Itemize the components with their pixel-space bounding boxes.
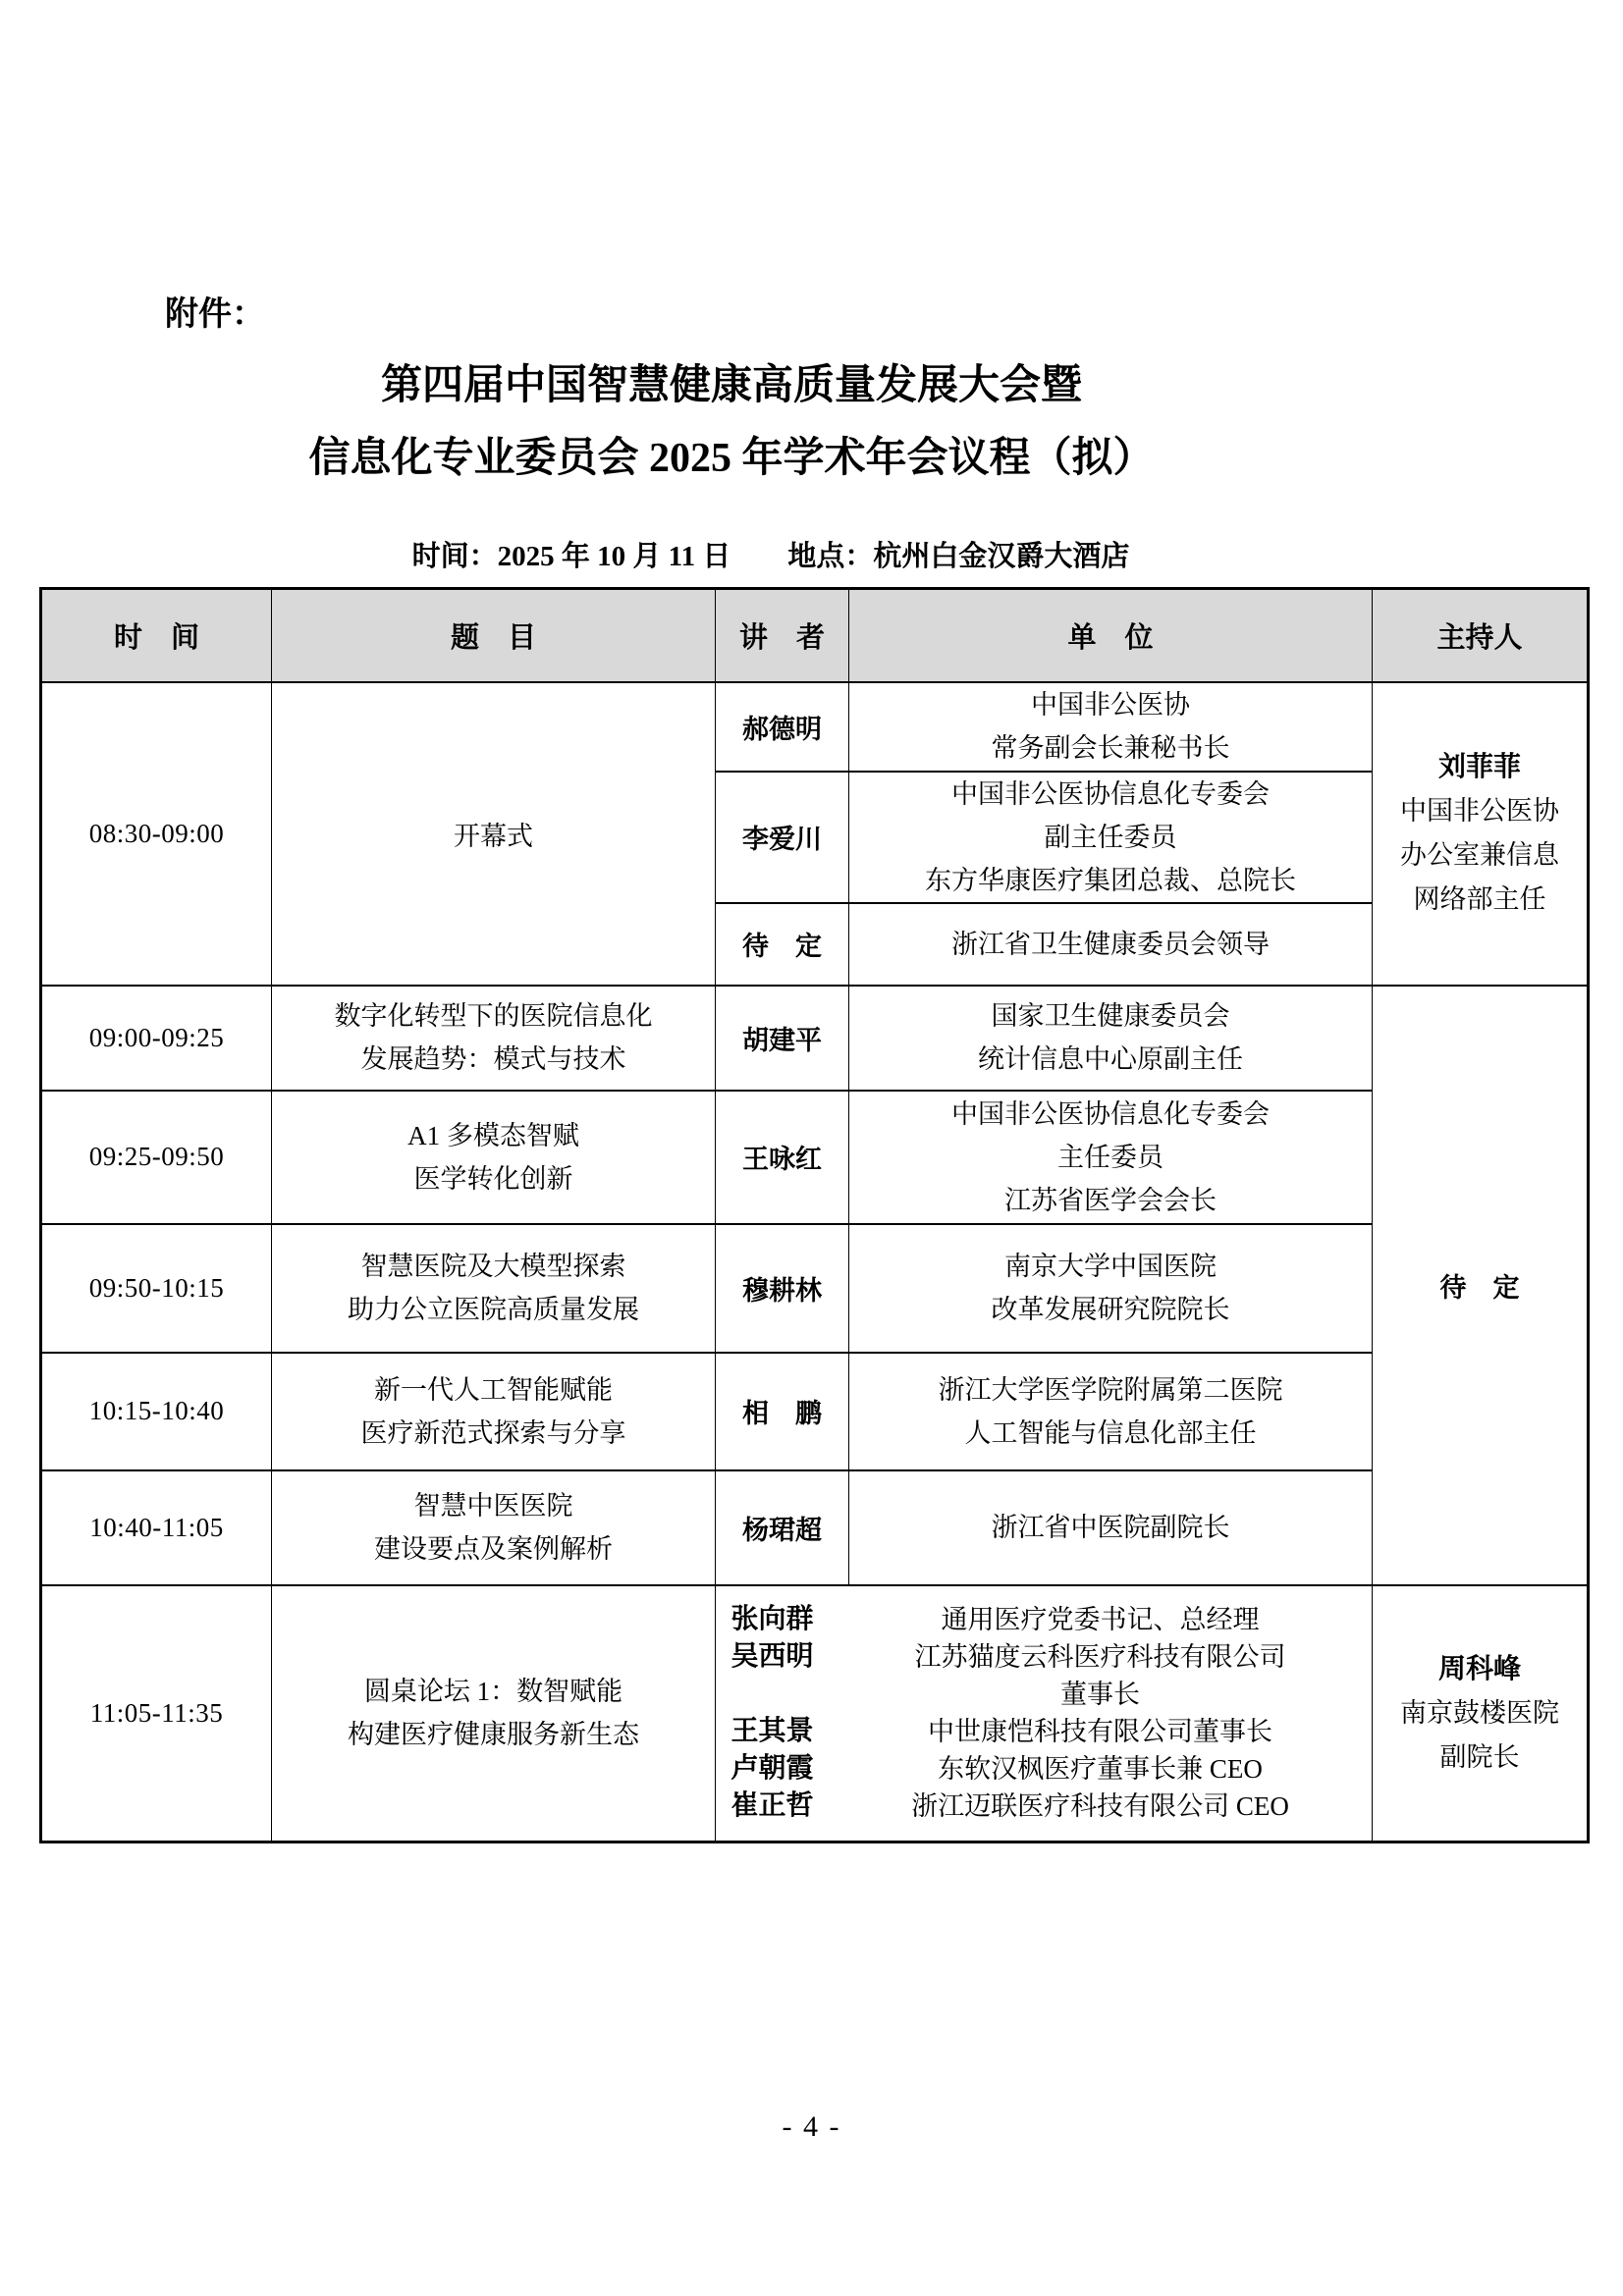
host-cell: 待 定: [1373, 986, 1589, 1585]
agenda-row-roundtable: 11:05-11:35 圆桌论坛 1：数智赋能 构建医疗健康服务新生态 张向群 …: [41, 1585, 1589, 1842]
speaker-cell: 王咏红: [716, 1091, 849, 1224]
topic-line: 新一代人工智能赋能: [272, 1368, 715, 1412]
org-line: 东方华康医疗集团总裁、总院长: [849, 859, 1372, 902]
org-line: 江苏省医学会会长: [849, 1179, 1372, 1222]
host-line: 办公室兼信息: [1373, 833, 1587, 878]
panelist-row: 王其景 中世康恺科技有限公司董事长: [716, 1713, 1372, 1750]
org-line: 董事长: [829, 1676, 1372, 1713]
org-line: 浙江省卫生健康委员会领导: [849, 923, 1372, 966]
page-number: - 4 -: [0, 2110, 1623, 2144]
agenda-row-opening-1: 08:30-09:00 开幕式 郝德明 中国非公医协 常务副会长兼秘书长 刘菲菲…: [41, 682, 1589, 772]
time-cell: 08:30-09:00: [41, 682, 272, 986]
document-title-line1: 第四届中国智慧健康高质量发展大会暨: [39, 349, 1424, 422]
org-line: 浙江迈联医疗科技有限公司 CEO: [829, 1788, 1372, 1825]
panelist-row: 吴西明 江苏猫度云科医疗科技有限公司 董事长: [716, 1638, 1372, 1713]
panelist-org: 东软汉枫医疗董事长兼 CEO: [829, 1750, 1372, 1788]
speaker-cell: 郝德明: [716, 682, 849, 772]
time-cell: 11:05-11:35: [41, 1585, 272, 1842]
topic-cell: 智慧医院及大模型探索 助力公立医院高质量发展: [272, 1224, 716, 1353]
time-cell: 09:25-09:50: [41, 1091, 272, 1224]
topic-line: 助力公立医院高质量发展: [272, 1288, 715, 1331]
org-cell: 南京大学中国医院 改革发展研究院院长: [849, 1224, 1373, 1353]
header-host: 主持人: [1373, 589, 1589, 682]
org-cell: 浙江省中医院副院长: [849, 1470, 1373, 1585]
speaker-cell: 杨珺超: [716, 1470, 849, 1585]
agenda-table: 时 间 题 目 讲 者 单 位 主持人 08:30-09:00 开幕式 郝德明 …: [39, 587, 1590, 1843]
topic-line: A1 多模态智赋: [272, 1114, 715, 1157]
host-cell: 周科峰 南京鼓楼医院 副院长: [1373, 1585, 1589, 1842]
org-line: 主任委员: [849, 1136, 1372, 1179]
speaker-cell: 李爱川: [716, 772, 849, 903]
panelist-name: 张向群: [716, 1601, 829, 1638]
panelist-org: 江苏猫度云科医疗科技有限公司 董事长: [829, 1638, 1372, 1713]
speaker-cell: 胡建平: [716, 986, 849, 1091]
document-page: { "page": { "attachment_label": "附件：", "…: [0, 0, 1623, 2296]
org-line: 改革发展研究院院长: [849, 1288, 1372, 1331]
topic-cell: 智慧中医医院 建设要点及案例解析: [272, 1470, 716, 1585]
org-line: 人工智能与信息化部主任: [849, 1412, 1372, 1455]
panelists-cell: 张向群 通用医疗党委书记、总经理 吴西明 江苏猫度云科医疗科技有限公司 董事长 …: [716, 1585, 1373, 1842]
topic-line: 医学转化创新: [272, 1157, 715, 1201]
time-cell: 09:50-10:15: [41, 1224, 272, 1353]
org-line: 通用医疗党委书记、总经理: [829, 1601, 1372, 1638]
topic-cell: 新一代人工智能赋能 医疗新范式探索与分享: [272, 1353, 716, 1470]
host-line: 南京鼓楼医院: [1373, 1691, 1587, 1735]
speaker-cell: 穆耕林: [716, 1224, 849, 1353]
panelist-name: 吴西明: [716, 1638, 829, 1713]
host-name: 周科峰: [1373, 1647, 1587, 1691]
topic-line: 智慧中医医院: [272, 1484, 715, 1527]
topic-line: 构建医疗健康服务新生态: [272, 1713, 715, 1756]
org-line: 统计信息中心原副主任: [849, 1038, 1372, 1081]
panelist-name: 卢朝霞: [716, 1750, 829, 1788]
topic-cell: A1 多模态智赋 医学转化创新: [272, 1091, 716, 1224]
header-time: 时 间: [41, 589, 272, 682]
panelist-name: 崔正哲: [716, 1788, 829, 1825]
topic-line: 智慧医院及大模型探索: [272, 1245, 715, 1288]
header-org: 单 位: [849, 589, 1373, 682]
speaker-cell: 相 鹏: [716, 1353, 849, 1470]
topic-cell: 数字化转型下的医院信息化 发展趋势：模式与技术: [272, 986, 716, 1091]
org-cell: 中国非公医协信息化专委会 主任委员 江苏省医学会会长: [849, 1091, 1373, 1224]
attachment-label: 附件：: [165, 287, 265, 335]
document-title: 第四届中国智慧健康高质量发展大会暨 信息化专业委员会 2025 年学术年会议程（…: [39, 349, 1424, 495]
panelist-org: 浙江迈联医疗科技有限公司 CEO: [829, 1788, 1372, 1825]
org-line: 中国非公医协: [849, 683, 1372, 726]
event-time-location: 时间：2025 年 10 月 11 日 地点：杭州白金汉爵大酒店: [39, 534, 1502, 574]
host-line: 副院长: [1373, 1735, 1587, 1780]
org-cell: 中国非公医协 常务副会长兼秘书长: [849, 682, 1373, 772]
topic-line: 发展趋势：模式与技术: [272, 1038, 715, 1081]
panelist-org: 通用医疗党委书记、总经理: [829, 1601, 1372, 1638]
org-cell: 浙江省卫生健康委员会领导: [849, 903, 1373, 986]
panelist-name: 王其景: [716, 1713, 829, 1750]
panelist-row: 卢朝霞 东软汉枫医疗董事长兼 CEO: [716, 1750, 1372, 1788]
panelist-row: 崔正哲 浙江迈联医疗科技有限公司 CEO: [716, 1788, 1372, 1825]
org-line: 中国非公医协信息化专委会: [849, 773, 1372, 816]
agenda-row-session-4: 10:15-10:40 新一代人工智能赋能 医疗新范式探索与分享 相 鹏 浙江大…: [41, 1353, 1589, 1470]
host-line: 网络部主任: [1373, 878, 1587, 922]
document-title-line2: 信息化专业委员会 2025 年学术年会议程（拟）: [39, 422, 1424, 495]
host-cell: 刘菲菲 中国非公医协 办公室兼信息 网络部主任: [1373, 682, 1589, 986]
org-cell: 中国非公医协信息化专委会 副主任委员 东方华康医疗集团总裁、总院长: [849, 772, 1373, 903]
org-line: 东软汉枫医疗董事长兼 CEO: [829, 1750, 1372, 1788]
org-line: 副主任委员: [849, 816, 1372, 859]
topic-line: 医疗新范式探索与分享: [272, 1412, 715, 1455]
header-speaker: 讲 者: [716, 589, 849, 682]
agenda-row-session-2: 09:25-09:50 A1 多模态智赋 医学转化创新 王咏红 中国非公医协信息…: [41, 1091, 1589, 1224]
time-cell: 10:40-11:05: [41, 1470, 272, 1585]
topic-line: 圆桌论坛 1：数智赋能: [272, 1670, 715, 1713]
org-line: 国家卫生健康委员会: [849, 994, 1372, 1038]
org-line: 常务副会长兼秘书长: [849, 726, 1372, 770]
time-cell: 09:00-09:25: [41, 986, 272, 1091]
panelist-org: 中世康恺科技有限公司董事长: [829, 1713, 1372, 1750]
host-name: 刘菲菲: [1373, 745, 1587, 789]
agenda-row-session-3: 09:50-10:15 智慧医院及大模型探索 助力公立医院高质量发展 穆耕林 南…: [41, 1224, 1589, 1353]
topic-line: 建设要点及案例解析: [272, 1527, 715, 1571]
org-cell: 浙江大学医学院附属第二医院 人工智能与信息化部主任: [849, 1353, 1373, 1470]
topic-cell: 开幕式: [272, 682, 716, 986]
agenda-row-session-5: 10:40-11:05 智慧中医医院 建设要点及案例解析 杨珺超 浙江省中医院副…: [41, 1470, 1589, 1585]
org-line: 浙江省中医院副院长: [849, 1506, 1372, 1549]
panelist-row: 张向群 通用医疗党委书记、总经理: [716, 1601, 1372, 1638]
org-line: 江苏猫度云科医疗科技有限公司: [829, 1638, 1372, 1676]
org-line: 浙江大学医学院附属第二医院: [849, 1368, 1372, 1412]
org-cell: 国家卫生健康委员会 统计信息中心原副主任: [849, 986, 1373, 1091]
org-line: 中世康恺科技有限公司董事长: [829, 1713, 1372, 1750]
org-line: 南京大学中国医院: [849, 1245, 1372, 1288]
host-line: 中国非公医协: [1373, 789, 1587, 833]
time-cell: 10:15-10:40: [41, 1353, 272, 1470]
topic-line: 数字化转型下的医院信息化: [272, 994, 715, 1038]
topic-cell: 圆桌论坛 1：数智赋能 构建医疗健康服务新生态: [272, 1585, 716, 1842]
speaker-cell: 待 定: [716, 903, 849, 986]
agenda-row-session-1: 09:00-09:25 数字化转型下的医院信息化 发展趋势：模式与技术 胡建平 …: [41, 986, 1589, 1091]
header-row: 时 间 题 目 讲 者 单 位 主持人: [41, 589, 1589, 682]
org-line: 中国非公医协信息化专委会: [849, 1093, 1372, 1136]
header-topic: 题 目: [272, 589, 716, 682]
